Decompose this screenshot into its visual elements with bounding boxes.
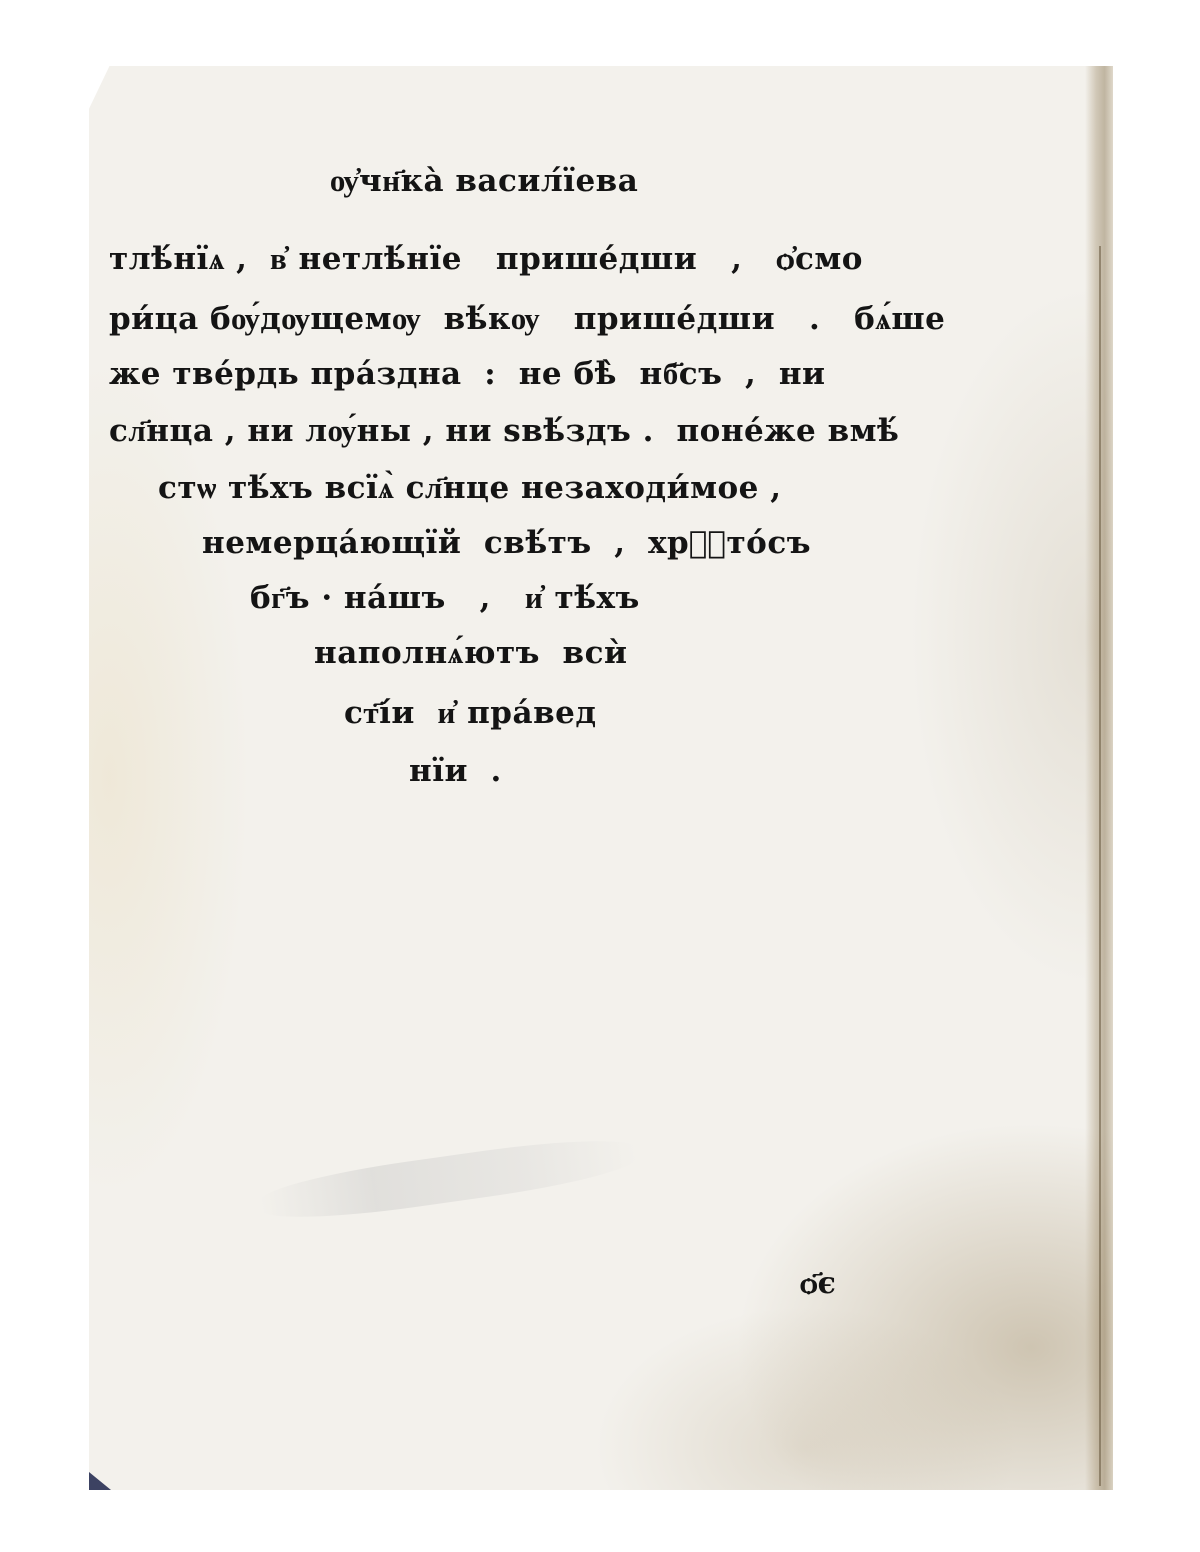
text-line-3: же тве́рдь пра́здна : не бѣ̀ нб҃съ , ни xyxy=(109,359,826,390)
text-line-10: нїи . xyxy=(409,756,502,787)
text-line-9: ст҃і́и и҆ пра́вед xyxy=(344,698,597,729)
running-head: ѹ҆чн҃ка̀ васил́їева xyxy=(330,166,638,197)
text-line-7: бг҃ъ · на́шъ , и҆ тѣ́хъ xyxy=(250,583,640,614)
text-line-8: наполнѧ́ютъ всѝ xyxy=(314,638,627,669)
text-block: ѹ҆чн҃ка̀ васил́їева тлѣ́нїѧ , в҆ нетлѣ́н… xyxy=(89,66,1113,1490)
folio-number: ѻ҃є xyxy=(800,1266,836,1301)
text-line-4: сл҃нца , ни лѹ́ны , ни ѕвѣ́здъ . поне́же… xyxy=(109,416,899,447)
text-line-5: стѡ тѣ́хъ всїѧ̀ сл҃нце незаходи́мое , xyxy=(158,473,781,504)
text-line-1: тлѣ́нїѧ , в҆ нетлѣ́нїе прише́дши , ѻ҆смо xyxy=(109,244,863,275)
text-line-6: немерца́ющїй свѣ́тъ , хрⷭ҇то́съ xyxy=(202,528,811,559)
book-page: ѹ҆чн҃ка̀ васил́їева тлѣ́нїѧ , в҆ нетлѣ́н… xyxy=(89,66,1113,1490)
text-line-2: ри́ца бѹ́дѹщемѹ вѣ́кѹ прише́дши . бѧ́ше xyxy=(109,304,945,335)
